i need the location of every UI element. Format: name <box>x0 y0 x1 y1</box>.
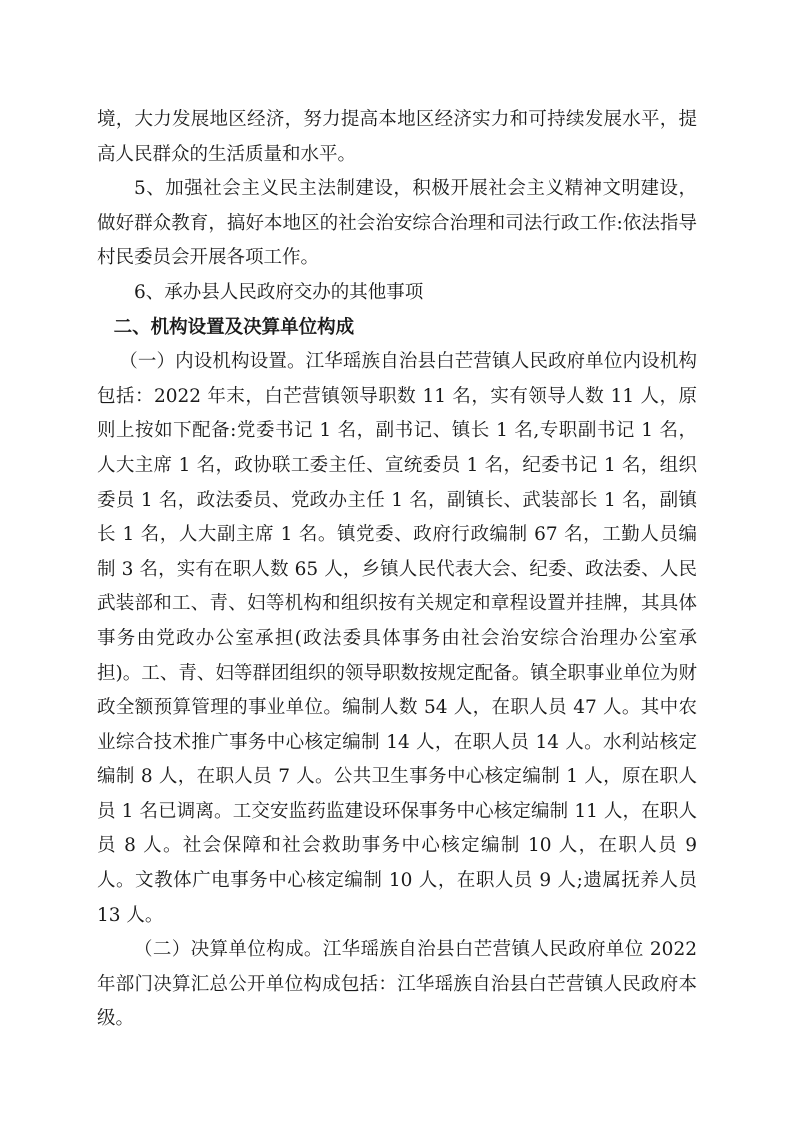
paragraph-item-6: 6、承办县人民政府交办的其他事项 <box>97 276 697 311</box>
paragraph-continuation: 境，大力发展地区经济，努力提高本地区经济实力和可持续发展水平，提高人民群众的生活… <box>97 103 697 172</box>
section-heading: 二、机构设置及决算单位构成 <box>97 311 697 346</box>
document-page: 境，大力发展地区经济，努力提高本地区经济实力和可持续发展水平，提高人民群众的生活… <box>97 103 697 1037</box>
paragraph-budget-units: （二）决算单位构成。江华瑶族自治县白芒营镇人民政府单位 2022 年部门决算汇总… <box>97 933 697 1037</box>
paragraph-item-5: 5、加强社会主义民主法制建设，积极开展社会主义精神文明建设，做好群众教育，搞好本… <box>97 172 697 276</box>
paragraph-internal-structure: （一）内设机构设置。江华瑶族自治县白芒营镇人民政府单位内设机构包括：2022 年… <box>97 345 697 933</box>
